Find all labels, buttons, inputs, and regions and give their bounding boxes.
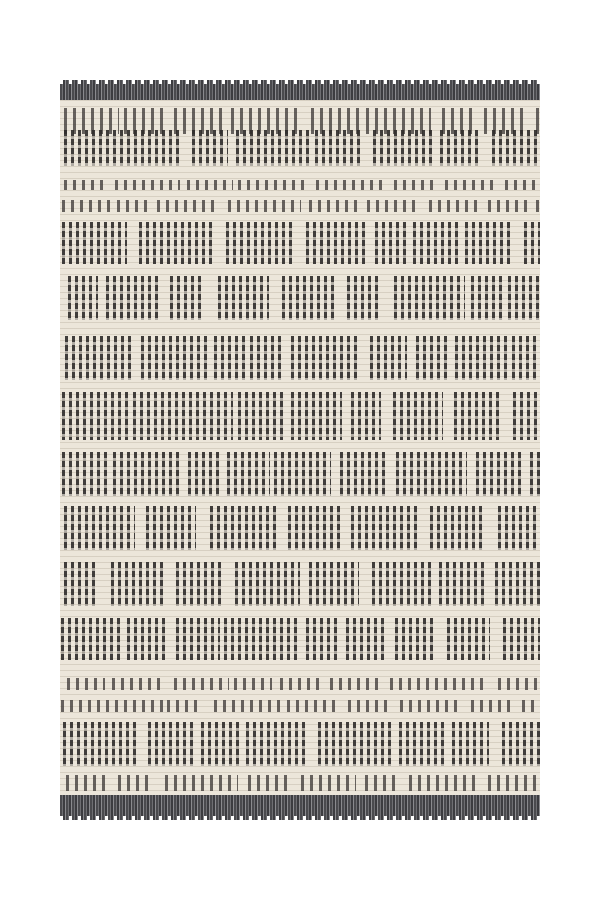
motif-block	[62, 222, 126, 264]
motif-block	[141, 336, 208, 380]
motif-block	[291, 392, 343, 440]
motif-block	[365, 775, 401, 791]
motif-block	[445, 180, 493, 190]
motif-block	[165, 775, 238, 791]
motif-block	[64, 180, 109, 190]
motif-block	[367, 200, 417, 212]
motif-band	[60, 180, 540, 190]
motif-block	[429, 200, 479, 212]
motif-block	[375, 222, 406, 264]
motif-block	[226, 222, 295, 264]
motif-block	[274, 452, 331, 496]
motif-block	[111, 562, 166, 606]
motif-block	[370, 336, 407, 380]
motif-block	[395, 618, 435, 660]
motif-block	[282, 276, 338, 320]
motif-band	[60, 775, 540, 791]
motif-band	[60, 200, 540, 212]
motif-block	[64, 506, 135, 550]
motif-block	[471, 276, 502, 320]
rug-field	[60, 100, 540, 795]
motif-block	[455, 336, 507, 380]
bottom-fringe	[60, 795, 540, 820]
motif-block	[65, 336, 134, 380]
motif-band	[60, 276, 540, 320]
motif-block	[214, 700, 282, 712]
motif-block	[235, 562, 300, 606]
top-fringe	[60, 80, 540, 100]
motif-block	[115, 700, 163, 712]
motif-block	[287, 700, 341, 712]
motif-block	[291, 336, 358, 380]
motif-block	[536, 200, 540, 212]
motif-block	[454, 392, 499, 440]
motif-block	[112, 678, 161, 690]
motif-band	[60, 506, 540, 550]
motif-block	[447, 618, 491, 660]
motif-block	[67, 678, 105, 690]
motif-block	[228, 200, 301, 212]
motif-block	[106, 276, 162, 320]
motif-block	[513, 392, 540, 440]
motif-block	[246, 722, 309, 766]
motif-block	[64, 130, 102, 166]
motif-block	[492, 130, 540, 166]
motif-band	[60, 678, 540, 690]
motif-band	[60, 562, 540, 606]
motif-block	[502, 722, 540, 766]
motif-block	[176, 562, 224, 606]
motif-block	[175, 392, 233, 440]
motif-block	[61, 700, 109, 712]
motif-block	[192, 130, 227, 166]
motif-block	[508, 276, 540, 320]
motif-block	[248, 775, 293, 791]
motif-block	[62, 392, 128, 440]
motif-block	[62, 200, 112, 212]
motif-block	[452, 722, 489, 766]
motif-block	[146, 506, 197, 550]
motif-block	[465, 222, 513, 264]
motif-block	[488, 200, 530, 212]
motif-block	[430, 506, 485, 550]
motif-block	[476, 452, 525, 496]
motif-block	[372, 562, 434, 606]
motif-band	[60, 222, 540, 264]
motif-block	[236, 130, 309, 166]
motif-block	[118, 775, 154, 791]
motif-block	[390, 678, 421, 690]
motif-block	[409, 775, 476, 791]
motif-block	[176, 618, 220, 660]
motif-block	[117, 200, 149, 212]
motif-block	[201, 722, 240, 766]
motif-block	[250, 336, 281, 380]
motif-block	[157, 200, 218, 212]
motif-block	[63, 722, 136, 766]
motif-block	[133, 392, 170, 440]
motif-block	[301, 775, 356, 791]
motif-block	[234, 678, 271, 690]
motif-block	[318, 722, 391, 766]
motif-block	[426, 678, 489, 690]
motif-block	[396, 452, 467, 496]
motif-block	[351, 506, 416, 550]
motif-band	[60, 700, 540, 712]
motif-block	[309, 562, 359, 606]
motif-block	[148, 722, 197, 766]
motif-block	[139, 222, 213, 264]
motif-block	[348, 700, 394, 712]
motif-block	[68, 276, 98, 320]
motif-block	[224, 618, 297, 660]
motif-block	[316, 180, 386, 190]
motif-block	[188, 452, 221, 496]
motif-block	[288, 506, 340, 550]
motif-block	[330, 678, 383, 690]
motif-block	[113, 452, 183, 496]
motif-block	[495, 562, 540, 606]
motif-block	[512, 336, 540, 380]
motif-block	[280, 678, 321, 690]
motif-block	[306, 222, 365, 264]
motif-block	[187, 180, 233, 190]
motif-block	[167, 700, 203, 712]
motif-block	[505, 180, 540, 190]
motif-block	[170, 276, 204, 320]
motif-block	[238, 392, 286, 440]
motif-block	[394, 180, 435, 190]
motif-block	[399, 722, 445, 766]
motif-block	[346, 618, 384, 660]
motif-block	[413, 222, 459, 264]
motif-block	[309, 200, 359, 212]
motif-block	[61, 618, 121, 660]
motif-band	[60, 336, 540, 380]
motif-block	[522, 700, 540, 712]
motif-block	[498, 506, 540, 550]
motif-block	[106, 130, 178, 166]
motif-block	[440, 130, 478, 166]
motif-block	[439, 562, 486, 606]
motif-block	[238, 180, 310, 190]
motif-block	[210, 506, 280, 550]
motif-band	[60, 722, 540, 766]
motif-block	[393, 392, 443, 440]
motif-block	[127, 618, 166, 660]
motif-block	[214, 336, 246, 380]
motif-block	[174, 678, 230, 690]
motif-band	[60, 618, 540, 660]
motif-block	[218, 276, 269, 320]
motif-block	[524, 222, 540, 264]
motif-block	[64, 562, 97, 606]
motif-block	[62, 452, 108, 496]
motif-block	[373, 130, 433, 166]
motif-band	[60, 130, 540, 166]
motif-block	[400, 700, 463, 712]
motif-band	[60, 392, 540, 440]
motif-block	[394, 276, 464, 320]
motif-block	[530, 452, 540, 496]
motif-block	[498, 678, 540, 690]
motif-block	[315, 130, 364, 166]
motif-block	[416, 336, 448, 380]
motif-block	[488, 775, 540, 791]
motif-block	[471, 700, 511, 712]
motif-block	[306, 618, 338, 660]
motif-block	[340, 452, 387, 496]
motif-block	[115, 180, 180, 190]
motif-block	[503, 618, 540, 660]
motif-band	[60, 452, 540, 496]
motif-block	[347, 276, 383, 320]
motif-block	[227, 452, 271, 496]
rug	[60, 80, 540, 820]
motif-block	[66, 775, 108, 791]
motif-block	[351, 392, 381, 440]
